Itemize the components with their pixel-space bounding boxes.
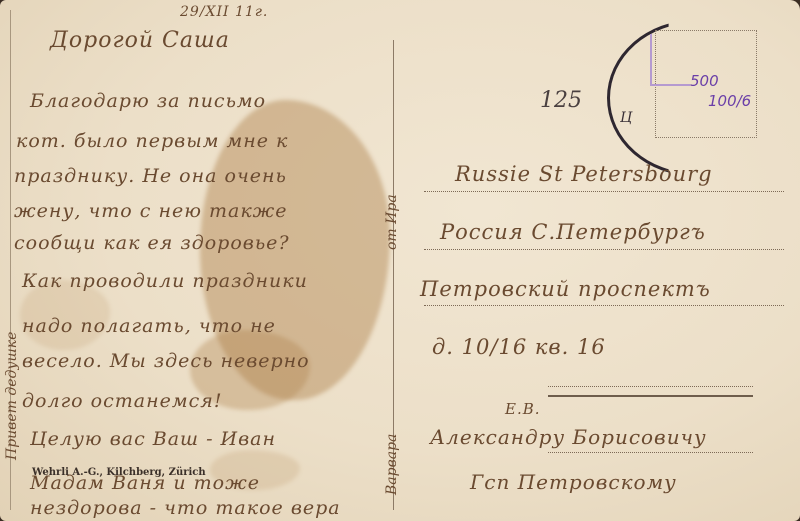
message-line: весело. Мы здесь неверно (22, 350, 310, 372)
address-line-5: Е.В. (505, 400, 541, 418)
address-line-3: Петровский проспектъ (420, 277, 711, 301)
message-line: Целую вас Ваш - Иван (30, 428, 276, 450)
margin-note-left: Привет дедушке (4, 332, 20, 460)
message-line: Благодарю за письмо (30, 90, 266, 112)
address-line-6: Александру Борисовичу (430, 425, 707, 449)
address-line-7: Гсп Петровскому (470, 470, 677, 494)
greeting: Дорогой Саша (50, 28, 230, 53)
address-line-1: Russie St Petersbourg (455, 162, 713, 186)
violet-mark (650, 34, 690, 86)
address-rule (424, 249, 784, 250)
postcard-back: 29/XII 11г. Дорогой Саша Благодарю за пи… (0, 0, 800, 521)
pencil-number: 125 (540, 88, 582, 113)
message-line: празднику. Не она очень (14, 165, 287, 187)
printer-imprint: Wehrli A.-G., Kilchberg, Zürich (32, 467, 206, 478)
address-line-2: Россия С.Петербургъ (440, 220, 706, 244)
address-rule-solid (548, 395, 753, 397)
address-rule (424, 305, 784, 306)
message-line: Как проводили праздники (22, 270, 308, 292)
address-rule (424, 191, 784, 192)
message-line: долго останемся! (22, 390, 222, 412)
address-rule (548, 386, 753, 387)
message-line: кот. было первым мне к (16, 130, 288, 152)
postmark-letter: Ц (620, 110, 633, 126)
message-line: надо полагать, что не (22, 315, 276, 337)
message-line: жену, что с нею также (14, 200, 288, 222)
message-line: нездорова - что такое вера (30, 497, 341, 519)
stamp-note-2: 100/6 (708, 92, 751, 110)
address-rule (548, 452, 753, 453)
address-line-4: д. 10/16 кв. 16 (432, 335, 606, 359)
margin-note-divider-top: от Ира (384, 194, 400, 250)
margin-note-divider-bottom: Варвара (384, 434, 400, 495)
stamp-note-1: 500 (690, 72, 719, 90)
date: 29/XII 11г. (180, 4, 268, 20)
message-line: сообщи как ея здоровье? (14, 232, 290, 254)
